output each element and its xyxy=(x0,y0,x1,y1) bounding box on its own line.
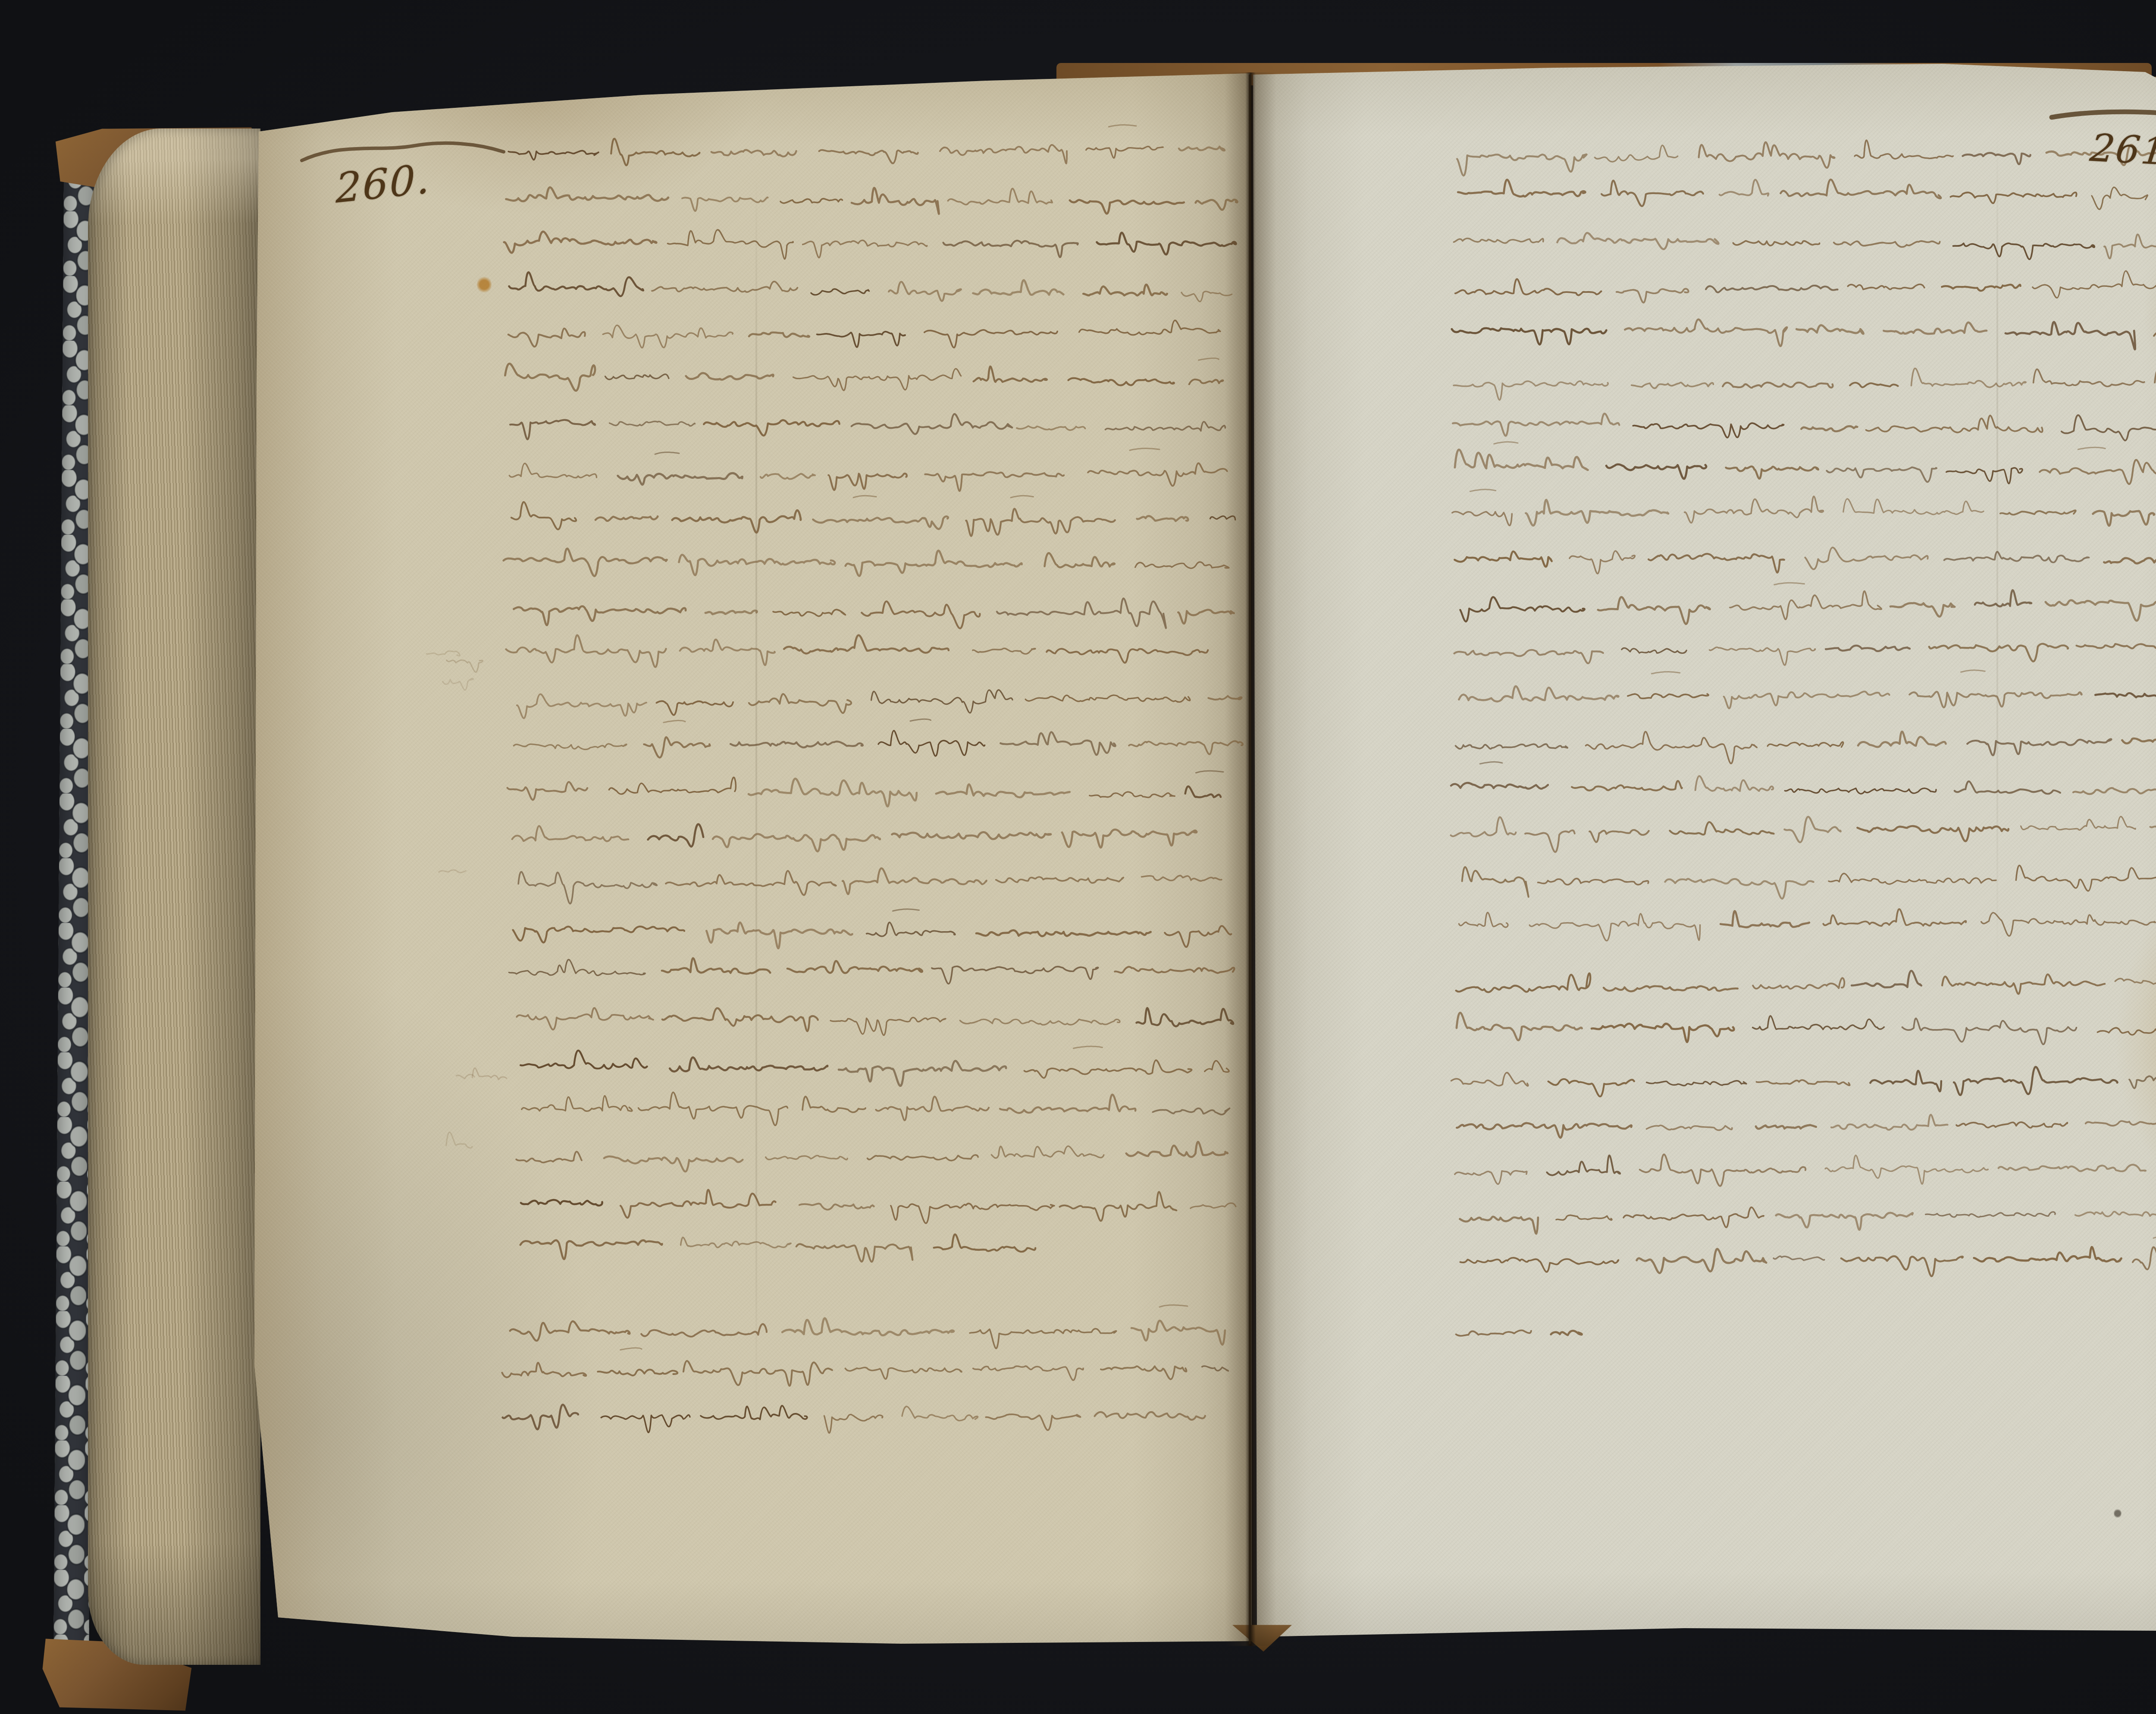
manuscript-ink-layer xyxy=(0,0,2156,1714)
page-number-flourishes xyxy=(302,112,2156,160)
page-number-right: 261. xyxy=(2088,126,2156,174)
page-number-left: 260. xyxy=(336,155,431,213)
handwriting-left-page xyxy=(502,125,1243,1433)
handwriting-right-page xyxy=(1451,140,2156,1336)
manuscript-photo: 260. 261. xyxy=(0,0,2156,1714)
